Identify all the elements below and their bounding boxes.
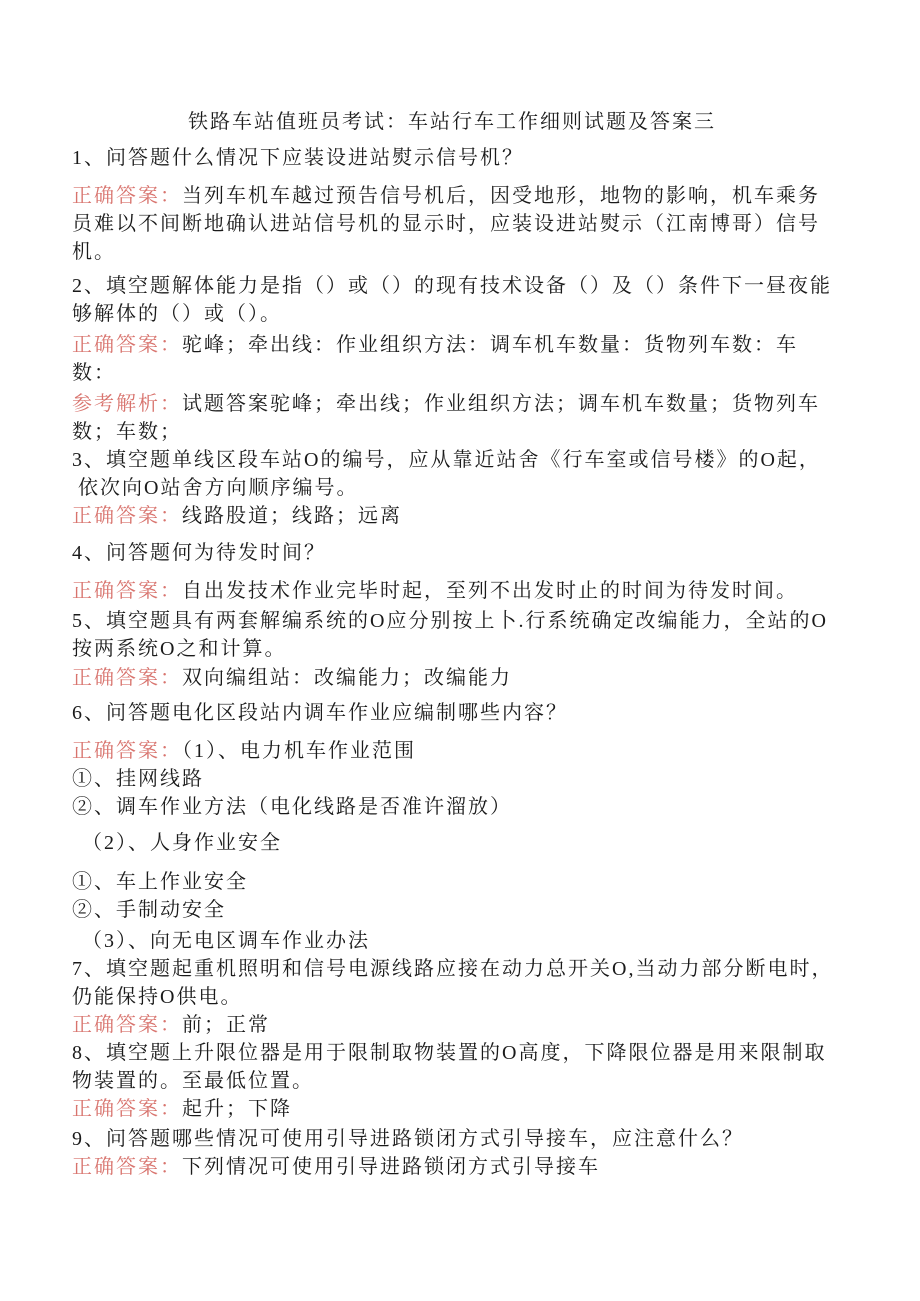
question-8-line2: 物装置的。至最低位置。 bbox=[72, 1067, 880, 1095]
answer-2-text2: 数： bbox=[72, 362, 116, 384]
answer-label: 正确答案： bbox=[72, 185, 182, 207]
analysis-2-line1: 参考解析：试题答案驼峰；牵出线；作业组织方法；调车机车数量；货物列车 bbox=[72, 390, 880, 418]
question-7-text2: 仍能保持O供电。 bbox=[72, 986, 242, 1008]
answer-6-sub3: ①、车上作业安全 bbox=[72, 868, 880, 896]
answer-label: 正确答案： bbox=[72, 505, 182, 527]
answer-6-item3-text: （3）、向无电区调车作业办法 bbox=[82, 930, 370, 952]
answer-9-text: 下列情况可使用引导进路锁闭方式引导接车 bbox=[182, 1156, 600, 1178]
answer-6-item2: （2）、人身作业安全 bbox=[72, 829, 880, 857]
question-8-text1: 8、填空题上升限位器是用于限制取物装置的O高度，下降限位器是用来限制取 bbox=[72, 1042, 826, 1064]
answer-label: 正确答案： bbox=[72, 1098, 182, 1120]
answer-8: 正确答案：起升；下降 bbox=[72, 1095, 880, 1123]
answer-6-sub1-text: ①、挂网线路 bbox=[72, 768, 204, 790]
answer-5-text: 双向编组站：改编能力；改编能力 bbox=[182, 667, 512, 689]
question-5-text1: 5、填空题具有两套解编系统的O应分别按上卜.行系统确定改编能力，全站的O bbox=[72, 610, 828, 632]
question-7-text1: 7、填空题起重机照明和信号电源线路应接在动力总开关O,当动力部分断电时， bbox=[72, 958, 833, 980]
question-5-line2: 按两系统O之和计算。 bbox=[72, 635, 880, 663]
question-8-line1: 8、填空题上升限位器是用于限制取物装置的O高度，下降限位器是用来限制取 bbox=[72, 1039, 880, 1067]
analysis-2-line2: 数；车数； bbox=[72, 418, 880, 446]
answer-1-text3: 机。 bbox=[72, 241, 116, 263]
analysis-label: 参考解析： bbox=[72, 393, 182, 415]
answer-7: 正确答案：前；正常 bbox=[72, 1011, 880, 1039]
question-4: 4、问答题何为待发时间？ bbox=[72, 539, 880, 567]
answer-2-line1: 正确答案：驼峰；牵出线：作业组织方法：调车机车数量：货物列车数：车 bbox=[72, 331, 880, 359]
question-5-text2: 按两系统O之和计算。 bbox=[72, 638, 286, 660]
answer-9: 正确答案：下列情况可使用引导进路锁闭方式引导接车 bbox=[72, 1153, 880, 1181]
answer-2-line2: 数： bbox=[72, 359, 880, 387]
page-title: 铁路车站值班员考试：车站行车工作细则试题及答案三 bbox=[188, 108, 880, 136]
question-1-text: 1、问答题什么情况下应装设进站熨示信号机？ bbox=[72, 147, 524, 169]
answer-label: 正确答案： bbox=[72, 580, 182, 602]
question-3-line2: 依次向O站舍方向顺序编号。 bbox=[72, 474, 880, 502]
question-9-text: 9、问答题哪些情况可使用引导进路锁闭方式引导接车，应注意什么？ bbox=[72, 1128, 744, 1150]
answer-6-sub4: ②、手制动安全 bbox=[72, 896, 880, 924]
analysis-2-text1: 试题答案驼峰；牵出线；作业组织方法；调车机车数量；货物列车 bbox=[182, 393, 820, 415]
question-7-line1: 7、填空题起重机照明和信号电源线路应接在动力总开关O,当动力部分断电时， bbox=[72, 955, 880, 983]
answer-1-line2: 员难以不间断地确认进站信号机的显示时，应装设进站熨示（江南博哥）信号 bbox=[72, 210, 880, 238]
answer-label: 正确答案： bbox=[72, 667, 182, 689]
question-9: 9、问答题哪些情况可使用引导进路锁闭方式引导接车，应注意什么？ bbox=[72, 1125, 880, 1153]
answer-3-text: 线路股道；线路；远离 bbox=[182, 505, 402, 527]
answer-8-text: 起升；下降 bbox=[182, 1098, 292, 1120]
question-6: 6、问答题电化区段站内调车作业应编制哪些内容？ bbox=[72, 699, 880, 727]
question-3-text2: 依次向O站舍方向顺序编号。 bbox=[78, 477, 358, 499]
question-5-line1: 5、填空题具有两套解编系统的O应分别按上卜.行系统确定改编能力，全站的O bbox=[72, 607, 880, 635]
answer-1-text1: 当列车机车越过预告信号机后，因受地形，地物的影响，机车乘务 bbox=[182, 185, 820, 207]
answer-1-line3: 机。 bbox=[72, 238, 880, 266]
answer-2-text1: 驼峰；牵出线：作业组织方法：调车机车数量：货物列车数：车 bbox=[182, 334, 798, 356]
answer-7-text: 前；正常 bbox=[182, 1014, 270, 1036]
answer-6-item1-text: （1）、电力机车作业范围 bbox=[182, 740, 416, 762]
answer-4: 正确答案：自出发技术作业完毕时起，至列不出发时止的时间为待发时间。 bbox=[72, 577, 880, 605]
question-4-text: 4、问答题何为待发时间？ bbox=[72, 542, 326, 564]
question-3-text1: 3、填空题单线区段车站O的编号，应从靠近站舍《行车室或信号楼》的O起， bbox=[72, 449, 821, 471]
question-2-text2: 够解体的（）或（）。 bbox=[72, 303, 282, 325]
answer-6-sub2-text: ②、调车作业方法（电化线路是否准许溜放） bbox=[72, 796, 512, 818]
answer-6-item2-text: （2）、人身作业安全 bbox=[82, 832, 282, 854]
answer-label: 正确答案： bbox=[72, 1014, 182, 1036]
question-2-line2: 够解体的（）或（）。 bbox=[72, 300, 880, 328]
answer-6-sub4-text: ②、手制动安全 bbox=[72, 899, 226, 921]
answer-4-text: 自出发技术作业完毕时起，至列不出发时止的时间为待发时间。 bbox=[182, 580, 798, 602]
answer-3: 正确答案：线路股道；线路；远离 bbox=[72, 502, 880, 530]
answer-6-item3: （3）、向无电区调车作业办法 bbox=[72, 927, 880, 955]
answer-label: 正确答案： bbox=[72, 334, 182, 356]
answer-label: 正确答案： bbox=[72, 1156, 182, 1178]
question-7-line2: 仍能保持O供电。 bbox=[72, 983, 880, 1011]
answer-1-line1: 正确答案：当列车机车越过预告信号机后，因受地形，地物的影响，机车乘务 bbox=[72, 182, 880, 210]
document-page: 铁路车站值班员考试：车站行车工作细则试题及答案三 1、问答题什么情况下应装设进站… bbox=[0, 0, 920, 1181]
answer-label: 正确答案： bbox=[72, 740, 182, 762]
answer-1-text2: 员难以不间断地确认进站信号机的显示时，应装设进站熨示（江南博哥）信号 bbox=[72, 213, 820, 235]
answer-5: 正确答案：双向编组站：改编能力；改编能力 bbox=[72, 664, 880, 692]
question-2-line1: 2、填空题解体能力是指（）或（）的现有技术设备（）及（）条件下一昼夜能 bbox=[72, 272, 880, 300]
question-2-text1: 2、填空题解体能力是指（）或（）的现有技术设备（）及（）条件下一昼夜能 bbox=[72, 275, 832, 297]
answer-6-item1: 正确答案：（1）、电力机车作业范围 bbox=[72, 737, 880, 765]
question-8-text2: 物装置的。至最低位置。 bbox=[72, 1070, 314, 1092]
answer-6-sub1: ①、挂网线路 bbox=[72, 765, 880, 793]
answer-6-sub2: ②、调车作业方法（电化线路是否准许溜放） bbox=[72, 793, 880, 821]
question-6-text: 6、问答题电化区段站内调车作业应编制哪些内容？ bbox=[72, 702, 568, 724]
question-3-line1: 3、填空题单线区段车站O的编号，应从靠近站舍《行车室或信号楼》的O起， bbox=[72, 446, 880, 474]
question-1: 1、问答题什么情况下应装设进站熨示信号机？ bbox=[72, 144, 880, 172]
answer-6-sub3-text: ①、车上作业安全 bbox=[72, 871, 248, 893]
analysis-2-text2: 数；车数； bbox=[72, 421, 182, 443]
